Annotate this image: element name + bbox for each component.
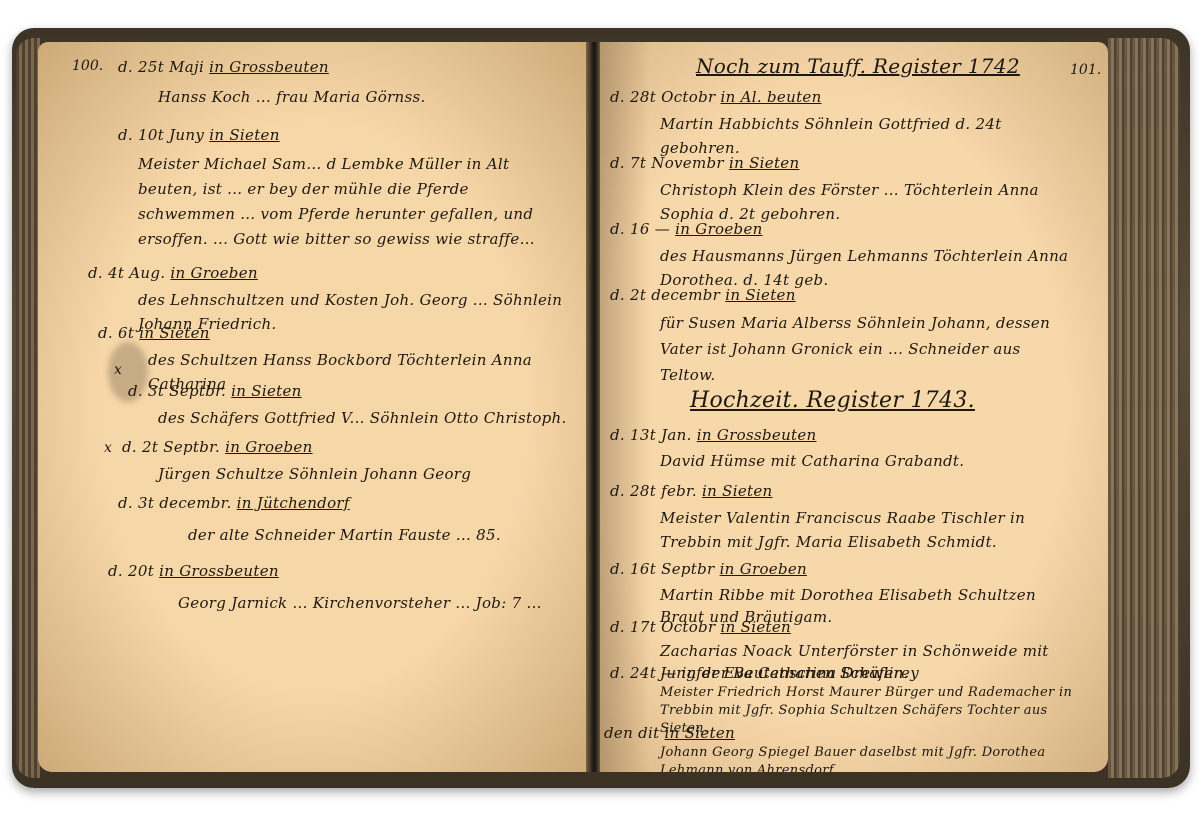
entry-date: d. 10t Juny bbox=[118, 126, 204, 144]
entry-place: in Sieten bbox=[139, 324, 209, 342]
entry-date: d. 4t Aug. bbox=[88, 264, 165, 282]
book: 100. d. 25t Maji in Grossbeuten Hanss Ko… bbox=[12, 28, 1190, 788]
entry: d. 10t Juny in Sieten bbox=[118, 126, 280, 144]
entry-text: David Hümse mit Catharina Grabandt. bbox=[660, 450, 1080, 472]
marriage-entry: d. 17t Octobr in Sieten bbox=[610, 618, 791, 636]
book-right-edge-pages bbox=[1108, 38, 1180, 778]
entry-date: d. 6t bbox=[98, 324, 134, 342]
entry: d. 2t decembr in Sieten bbox=[610, 286, 796, 304]
book-left-edge bbox=[16, 38, 40, 778]
entry: d. 28t Octobr in Al. beuten bbox=[610, 88, 822, 106]
right-page: Noch zum Tauff. Register 1742 101. d. 28… bbox=[600, 42, 1108, 772]
entry-date: d. 7t Novembr bbox=[610, 154, 724, 172]
marriage-entry: d. 16t Septbr in Groeben bbox=[610, 560, 807, 578]
entry-text: Jürgen Schultze Söhnlein Johann Georg bbox=[158, 462, 568, 486]
marriage-register-heading: Hochzeit. Register 1743. bbox=[690, 388, 975, 413]
entry: d. 3t Septbr. in Sieten bbox=[128, 382, 302, 400]
entry-text: Meister Michael Sam... d Lembke Müller i… bbox=[138, 152, 568, 252]
entry: d. 25t Maji in Grossbeuten bbox=[118, 58, 329, 76]
marriage-entry: d. 13t Jan. in Grossbeuten bbox=[610, 426, 817, 444]
marriage-entry: d. 24t — in der Beutenschen Schäferey bbox=[610, 664, 919, 682]
entry: d. 3t decembr. in Jütchendorf bbox=[118, 494, 350, 512]
entry-date: d. 28t Octobr bbox=[610, 88, 715, 106]
entry-text: Georg Jarnick ... Kirchenvorsteher ... J… bbox=[178, 590, 568, 616]
entry-text: Martin Habbichts Söhnlein Gottfried d. 2… bbox=[660, 112, 1080, 160]
marriage-entry: d. 28t febr. in Sieten bbox=[610, 482, 772, 500]
page-number-right: 101. bbox=[1070, 62, 1101, 78]
register-header: Noch zum Tauff. Register 1742 bbox=[696, 54, 1020, 78]
entry-date: d. 3t decembr. bbox=[118, 494, 232, 512]
entry: d. 16 — in Groeben bbox=[610, 220, 763, 238]
page-number-left: 100. bbox=[72, 58, 103, 74]
margin-cross: x bbox=[114, 362, 122, 378]
entry-place: in Sieten bbox=[231, 382, 301, 400]
entry-date: d. 16t Septbr bbox=[610, 560, 714, 578]
entry-date: d. 28t febr. bbox=[610, 482, 697, 500]
entry-place: in der Beutenschen Schäferey bbox=[682, 664, 919, 682]
marriage-entry: den dit in Sieten bbox=[604, 724, 735, 742]
entry-place: in Sieten bbox=[725, 286, 795, 304]
entry-place: in Sieten bbox=[702, 482, 772, 500]
entry-text: Hanss Koch ... frau Maria Görnss. bbox=[158, 84, 568, 110]
left-page: 100. d. 25t Maji in Grossbeuten Hanss Ko… bbox=[38, 42, 590, 772]
entry-place: in Groeben bbox=[720, 560, 807, 578]
entry-date: d. 25t Maji bbox=[118, 58, 204, 76]
entry-date: d. 2t decembr bbox=[610, 286, 720, 304]
entry-text: für Susen Maria Alberss Söhnlein Johann,… bbox=[660, 310, 1080, 388]
entry-place: in Al. beuten bbox=[721, 88, 822, 106]
entry: d. 6t in Sieten bbox=[98, 324, 210, 342]
entry-date: d. 24t — bbox=[610, 664, 676, 682]
entry-date: d. 16 — bbox=[610, 220, 670, 238]
margin-cross: x bbox=[104, 440, 112, 456]
entry-place: in Jütchendorf bbox=[237, 494, 350, 512]
entry-place: in Grossbeuten bbox=[697, 426, 817, 444]
entry: d. 4t Aug. in Groeben bbox=[88, 264, 258, 282]
entry-date: d. 13t Jan. bbox=[610, 426, 692, 444]
entry-text: des Hausmanns Jürgen Lehmanns Töchterlei… bbox=[660, 244, 1080, 292]
entry-place: in Sieten bbox=[665, 724, 735, 742]
entry-place: in Groeben bbox=[675, 220, 762, 238]
entry-place: in Sieten bbox=[729, 154, 799, 172]
entry-text: der alte Schneider Martin Fauste ... 85. bbox=[188, 522, 568, 548]
entry-date: d. 2t Septbr. bbox=[122, 438, 220, 456]
entry-date: d. 20t bbox=[108, 562, 154, 580]
entry-text: Johann Georg Spiegel Bauer daselbst mit … bbox=[660, 744, 1090, 772]
entry: d. 20t in Grossbeuten bbox=[108, 562, 279, 580]
entry-text: Meister Valentin Franciscus Raabe Tischl… bbox=[660, 506, 1080, 554]
entry-date: d. 17t Octobr bbox=[610, 618, 715, 636]
entry: d. 7t Novembr in Sieten bbox=[610, 154, 799, 172]
entry: d. 2t Septbr. in Groeben bbox=[122, 438, 313, 456]
entry-text: des Schäfers Gottfried V... Söhnlein Ott… bbox=[158, 406, 568, 430]
entry-date: den dit bbox=[604, 724, 659, 742]
entry-date: d. 3t Septbr. bbox=[128, 382, 226, 400]
entry-place: in Grossbeuten bbox=[159, 562, 279, 580]
entry-place: in Sieten bbox=[721, 618, 791, 636]
entry-text: Christoph Klein des Förster ... Töchterl… bbox=[660, 178, 1080, 226]
entry-place: in Groeben bbox=[170, 264, 257, 282]
entry-place: in Groeben bbox=[225, 438, 312, 456]
entry-place: in Sieten bbox=[209, 126, 279, 144]
entry-place: in Grossbeuten bbox=[209, 58, 329, 76]
